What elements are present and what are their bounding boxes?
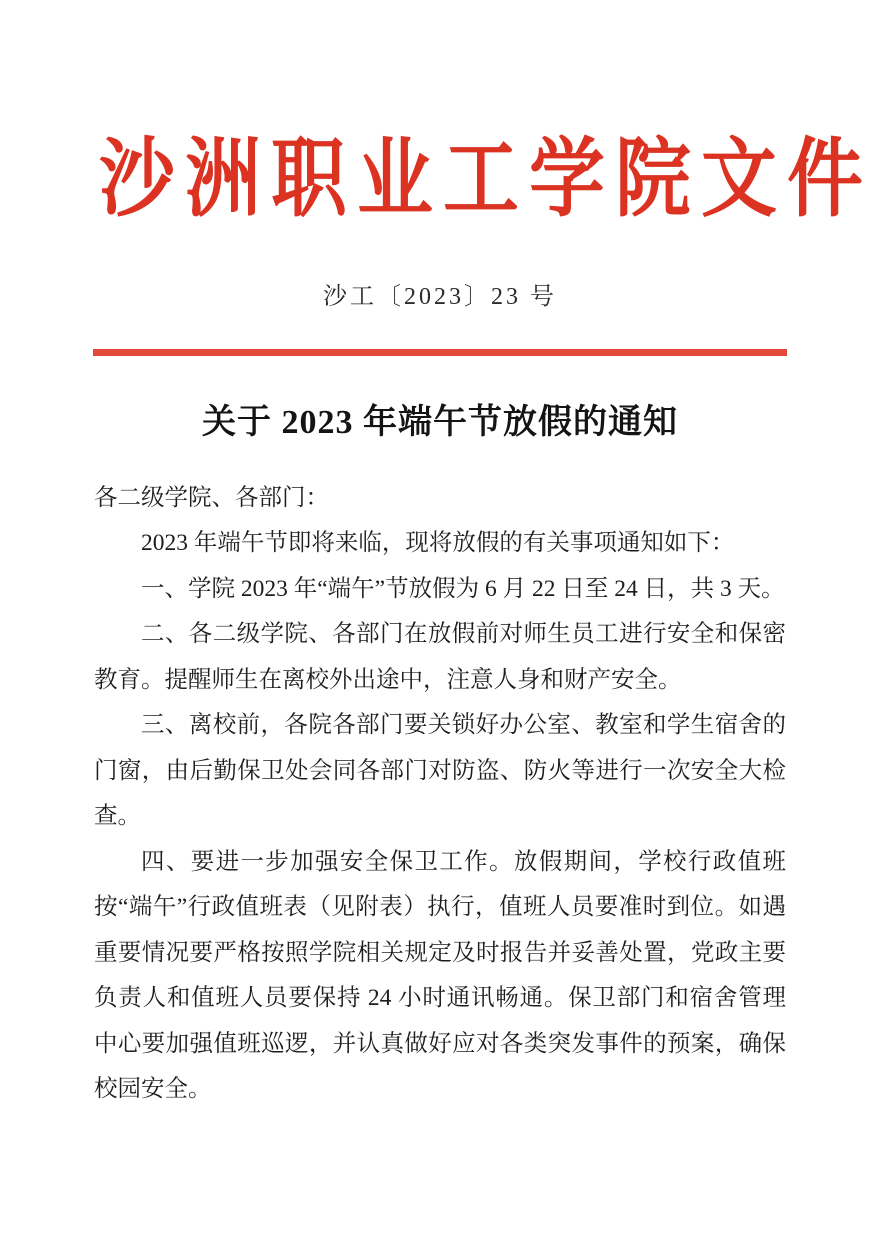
paragraph-item-1: 一、学院 2023 年“端午”节放假为 6 月 22 日至 24 日，共 3 天…: [94, 567, 786, 613]
salutation-line: 各二级学院、各部门：: [94, 476, 786, 522]
org-header-char: 业: [357, 133, 433, 226]
org-header-char: 职: [271, 133, 347, 226]
document-body: 各二级学院、各部门： 2023 年端午节即将来临，现将放假的有关事项通知如下： …: [94, 476, 786, 1113]
document-title: 关于 2023 年端午节放假的通知: [0, 400, 880, 446]
red-divider-line: [93, 349, 787, 356]
org-header-char: 件: [787, 133, 863, 226]
org-header-char: 学: [529, 133, 605, 226]
org-header-char: 文: [701, 133, 777, 226]
paragraph-intro: 2023 年端午节即将来临，现将放假的有关事项通知如下：: [94, 521, 786, 567]
org-header-char: 院: [615, 133, 691, 226]
paragraph-item-2: 二、各二级学院、各部门在放假前对师生员工进行安全和保密教育。提醒师生在离校外出途…: [94, 612, 786, 703]
paragraph-item-3: 三、离校前，各院各部门要关锁好办公室、教室和学生宿舍的门窗，由后勤保卫处会同各部…: [94, 703, 786, 840]
document-number: 沙工〔2023〕23 号: [0, 282, 880, 312]
org-header-char: 洲: [185, 133, 261, 226]
org-header-char: 沙: [99, 133, 175, 226]
paragraph-item-4: 四、要进一步加强安全保卫工作。放假期间，学校行政值班按“端午”行政值班表（见附表…: [94, 840, 786, 1113]
org-header-char: 工: [443, 133, 519, 226]
org-header-title: 沙 洲 职 业 工 学 院 文 件: [94, 133, 786, 226]
document-page: 沙 洲 职 业 工 学 院 文 件 沙工〔2023〕23 号 关于 2023 年…: [0, 0, 880, 1245]
